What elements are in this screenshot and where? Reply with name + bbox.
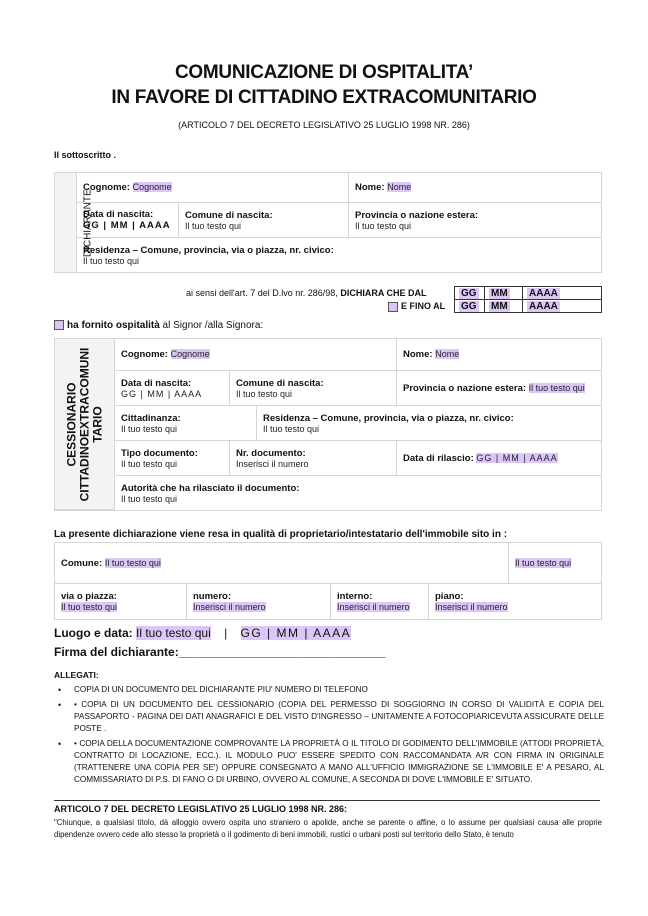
cessionario-residenza-field[interactable]: Residenza – Comune, provincia, via o pia… [257,406,602,441]
ospitalita-checkbox[interactable] [54,320,64,330]
cessionario-cognome-field[interactable]: Cognome: Cognome [115,339,397,371]
periodo-date-table: GG MM AAAA GG MM AAAA [454,286,602,313]
immobile-extra-field[interactable]: Il tuo testo qui [509,543,602,584]
allegati-heading: ALLEGATI: [54,670,99,680]
dal-aaaa[interactable]: AAAA [523,287,602,300]
dichiarante-table: DICHIARANTE Cognome: Cognome Nome: Nome … [54,172,602,273]
immobile-via-field[interactable]: via o piazza: Il tuo testo qui [55,584,187,620]
title-line-1: COMUNICAZIONE DI OSPITALITA’ [0,62,648,84]
fino-label-row: E FINO AL [388,301,445,312]
dichiarante-data-nascita-value[interactable]: GG | MM | AAAA [83,220,172,231]
subtitle: (ARTICOLO 7 DEL DECRETO LEGISLATIVO 25 L… [0,120,648,130]
dichiarante-side-label: DICHIARANTE [55,173,77,273]
immobile-piano-field[interactable]: piano: Inserisci il numero [429,584,602,620]
title-line-2: IN FAVORE DI CITTADINO EXTRACOMUNITARIO [0,87,648,109]
dichiarante-cognome-field[interactable]: Cognome: Cognome [77,173,349,203]
cessionario-data-nascita-field[interactable]: Data di nascita: GG | MM | AAAA [115,371,230,406]
periodo-text: ai sensi dell'art. 7 del D.lvo nr. 286/9… [186,288,427,298]
cessionario-data-rilascio-field[interactable]: Data di rilascio: GG | MM | AAAA [397,441,602,476]
cessionario-side-overlay: CESSIONARIO CITTADINOEXTRACOMUNI TARIO [54,338,115,510]
fino-checkbox[interactable] [388,302,398,312]
dichiarante-comune-nascita-field[interactable]: Comune di nascita: Il tuo testo qui [179,203,349,238]
cessionario-comune-nascita-field[interactable]: Comune di nascita: Il tuo testo qui [230,371,397,406]
dichiarante-nome-field[interactable]: Nome: Nome [349,173,602,203]
cessionario-table: CESSIONARIO Cognome: Cognome Nome: Nome … [54,338,602,511]
ospitalita-row: ha fornito ospitalità al Signor /alla Si… [54,320,263,331]
immobile-numero-field[interactable]: numero: Inserisci il numero [187,584,331,620]
dichiarante-provincia-field[interactable]: Provincia o nazione estera: Il tuo testo… [349,203,602,238]
cessionario-nome-field[interactable]: Nome: Nome [397,339,602,371]
intro-text: Il sottoscritto . [54,150,116,160]
firma-line[interactable]: _______________________________ [179,645,386,659]
articolo-text: "Chiunque, a qualsiasi titolo, dà allogg… [54,817,602,841]
dichiarante-residenza-field[interactable]: Residenza – Comune, provincia, via o pia… [77,238,602,273]
firma-row: Firma del dichiarante:__________________… [54,645,386,659]
articolo-heading: ARTICOLO 7 DEL DECRETO LEGISLATIVO 25 LU… [54,804,347,814]
dichiarante-cognome-value[interactable]: Cognome [133,182,172,192]
cessionario-autorita-field[interactable]: Autorità che ha rilasciato il documento:… [115,476,602,511]
fino-aaaa[interactable]: AAAA [523,300,602,313]
dal-mm[interactable]: MM [485,287,523,300]
fino-mm[interactable]: MM [485,300,523,313]
luogo-data-row: Luogo e data: Il tuo testo qui | GG | MM… [54,626,351,640]
fino-gg[interactable]: GG [455,300,485,313]
dichiarante-nome-value[interactable]: Nome [387,182,411,192]
data-value[interactable]: GG | MM | AAAA [241,626,352,640]
cessionario-cittadinanza-field[interactable]: Cittadinanza: Il tuo testo qui [115,406,257,441]
allegati-list: COPIA DI UN DOCUMENTO DEL DICHIARANTE PI… [74,684,604,789]
dal-gg[interactable]: GG [455,287,485,300]
divider [54,800,600,801]
allegati-item: COPIA DI UN DOCUMENTO DEL DICHIARANTE PI… [74,684,604,696]
immobile-table: Comune: Il tuo testo qui Il tuo testo qu… [54,542,602,620]
immobile-comune-field[interactable]: Comune: Il tuo testo qui [55,543,509,584]
cessionario-tipo-doc-field[interactable]: Tipo documento: Il tuo testo qui [115,441,230,476]
luogo-value[interactable]: Il tuo testo qui [136,626,211,640]
immobile-heading: La presente dichiarazione viene resa in … [54,529,507,540]
allegati-item: • COPIA DELLA DOCUMENTAZIONE COMPROVANTE… [74,738,604,786]
cessionario-nr-doc-field[interactable]: Nr. documento: Inserisci il numero [230,441,397,476]
immobile-interno-field[interactable]: interno: Inserisci il numero [331,584,429,620]
allegati-item: • COPIA DI UN DOCUMENTO DEL CESSIONARIO … [74,699,604,735]
cessionario-provincia-field[interactable]: Provincia o nazione estera: Il tuo testo… [397,371,602,406]
